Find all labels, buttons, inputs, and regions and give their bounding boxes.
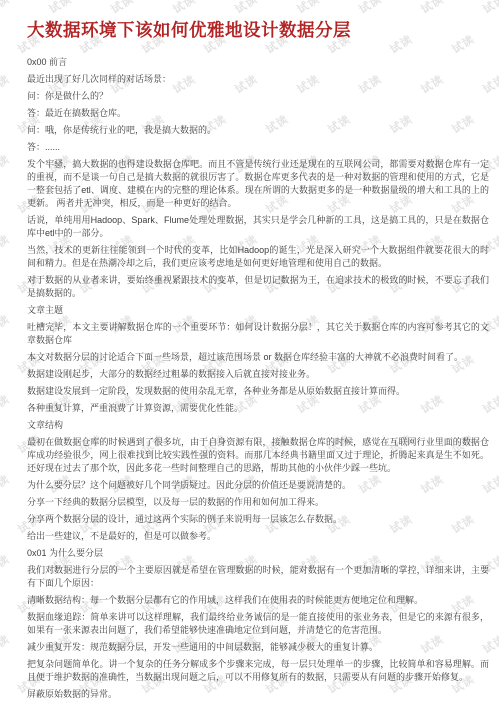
paragraph: 数据建设刚起步，大部分的数据经过粗暴的数据接入后就直接对接业务。 [27, 368, 489, 381]
paragraph: 本文对数据分层的讨论适合下面一些场景，超过该范围场景 or 数据仓库经验丰富的大… [27, 351, 489, 364]
document-page: 试读试读试读试读试读试读试读试读试读试读试读试读试读试读试读试读试读试读试读试读… [0, 0, 499, 706]
paragraph: 答：最近在搞数据仓库。 [27, 107, 489, 120]
paragraph: 我们对数据进行分层的一个主要原因就是希望在管理数据的时候，能对数据有一个更加清晰… [27, 564, 489, 590]
paragraph: 数据血缘追踪：简单来讲可以这样理解，我们最终给业务诚信的是一能直接使用的张业务表… [27, 611, 489, 637]
paragraph: 问：哦，你是传统行业的吧，我是搞大数据的。 [27, 124, 489, 137]
paragraph: 话说，单纯用用Hadoop、Spark、Flume处理处理数据，其实只是学会几种… [27, 214, 489, 240]
paragraph: 当然，技术的更新往往能领到一个时代的变革，比如Hadoop的诞生，光是深入研究一… [27, 244, 489, 270]
paragraph: 屏蔽原始数据的异常。 [27, 688, 489, 701]
paragraph: 为什么要分层？这个问题被好几个同学质疑过。因此分层的价值还是要说清楚的。 [27, 479, 489, 492]
paragraph: 发个牢骚，搞大数据的也得建设数据仓库吧。而且不管是传统行业还是现在的互联网公司，… [27, 158, 489, 210]
paragraph: 各种重复计算，严重浪费了计算资源，需要优化性能。 [27, 402, 489, 415]
paragraph: 清晰数据结构：每一个数据分层都有它的作用域，这样我们在使用表的时候能更方便地定位… [27, 594, 489, 607]
section-heading: 文章主题 [27, 304, 489, 317]
paragraph: 减少重复开发：规范数据分层，开发一些通用的中间层数据，能够减少极大的重复计算。 [27, 641, 489, 654]
paragraph: 分享一下经典的数据分层模型，以及每一层的数据的作用和如何加工得来。 [27, 496, 489, 509]
paragraph: 数据建设发展到一定阶段，发现数据的使用杂乱无章，各种业务都是从原始数据直接计算而… [27, 385, 489, 398]
paragraph: 分享两个数据分层的设计，通过这两个实际的例子来说明每一层该怎么存数据。 [27, 513, 489, 526]
paragraph: 答：...... [27, 141, 489, 154]
document-body: 0x00 前言最近出现了好几次同样的对话场景：问：你是做什么的？答：最近在搞数据… [27, 56, 489, 701]
paragraph: 问：你是做什么的？ [27, 90, 489, 103]
paragraph: 对于数据的从业者来讲，要始终重视紧跟技术的变革，但是切记数据为王，在追求技术的极… [27, 274, 489, 300]
document-title: 大数据环境下该如何优雅地设计数据分层 [27, 18, 489, 42]
paragraph: 吐槽完毕，本文主要讲解数据仓库的一个重要环节：如何设计数据分层！，其它关于数据仓… [27, 321, 489, 347]
paragraph: 给出一些建议，不是最好的，但是可以做参考。 [27, 530, 489, 543]
paragraph: 最初在做数据仓库的时候遇到了很多坑，由于自身资源有限，接触数据仓库的时候，感觉在… [27, 436, 489, 475]
section-heading: 文章结构 [27, 419, 489, 432]
paragraph: 最近出现了好几次同样的对话场景： [27, 73, 489, 86]
paragraph: 把复杂问题简单化。讲一个复杂的任务分解成多个步骤来完成，每一层只处理单一的步骤，… [27, 658, 489, 684]
section-heading: 0x01 为什么要分层 [27, 547, 489, 560]
document-content: 大数据环境下该如何优雅地设计数据分层 0x00 前言最近出现了好几次同样的对话场… [0, 0, 499, 701]
section-heading: 0x00 前言 [27, 56, 489, 69]
